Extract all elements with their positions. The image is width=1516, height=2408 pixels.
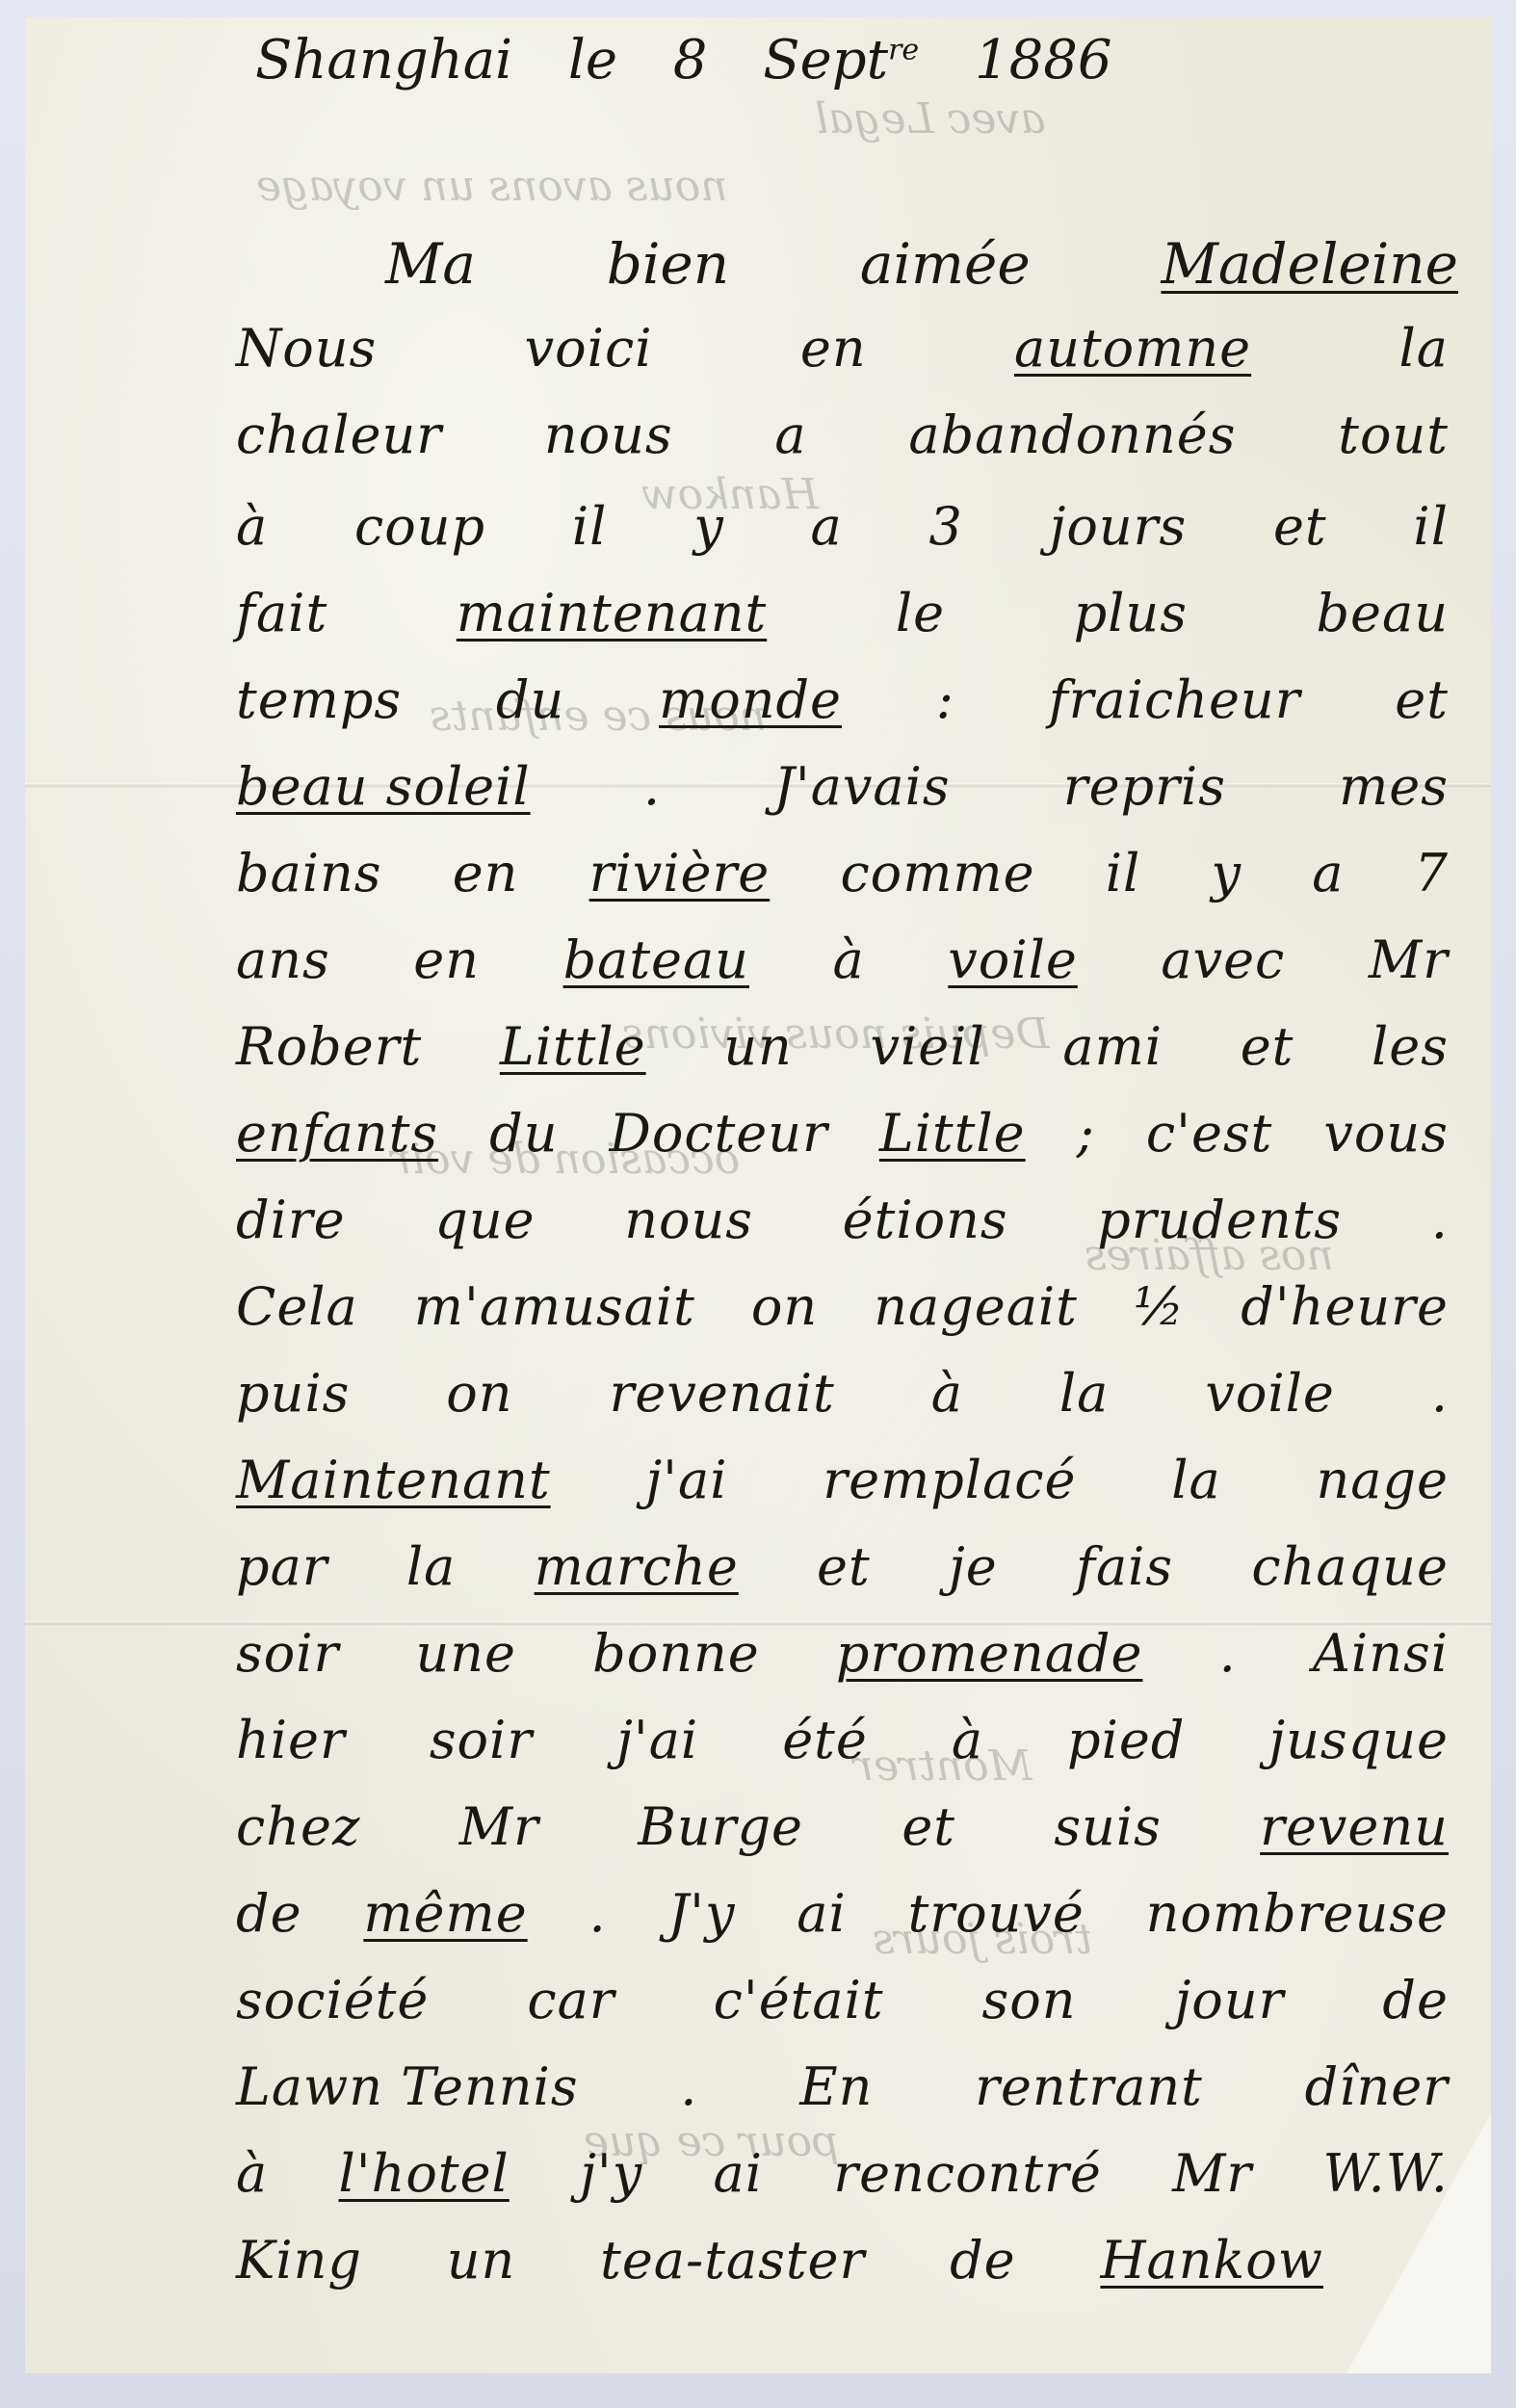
- letter-line: àcoupilya3joursetil: [236, 496, 1449, 557]
- month: Septre: [763, 29, 919, 92]
- article: le: [568, 29, 617, 92]
- letter-word: Sept: [763, 29, 888, 92]
- letter-word: Docteur: [610, 1103, 828, 1164]
- letter-word: nous: [544, 405, 673, 465]
- letter-word: Lawn Tennis: [236, 2056, 579, 2117]
- letter-word: en: [413, 929, 480, 990]
- letter-word: et: [1241, 1016, 1294, 1077]
- letter-word: puis: [236, 1363, 350, 1424]
- letter-word: Mr: [1172, 2143, 1252, 2204]
- letter-word: comme: [840, 843, 1034, 903]
- letter-word: abandonnés: [908, 405, 1236, 465]
- letter-word: 7: [1415, 843, 1449, 903]
- letter-word: temps: [236, 669, 402, 730]
- letter-word: re: [888, 33, 919, 66]
- letter-word: fraicheur: [1049, 669, 1301, 730]
- letter-word: avec: [1161, 929, 1285, 990]
- letter-word: Robert: [236, 1016, 422, 1077]
- letter-line: enfantsduDocteurLittle;c'estvous: [236, 1103, 1449, 1164]
- letter-word: de: [1382, 1970, 1449, 2030]
- day: 8: [673, 29, 708, 92]
- letter-line: chaleurnousaabandonnéstout: [236, 405, 1449, 465]
- letter-word: la: [1171, 1450, 1220, 1510]
- letter-word: 3: [928, 496, 962, 557]
- letter-word: son: [982, 1970, 1077, 2030]
- letter-heading: Shanghai le 8 Septre 1886: [255, 29, 1112, 92]
- letter-word: enfants: [236, 1103, 438, 1164]
- letter-word: chez: [236, 1796, 360, 1857]
- letter-word: hier: [236, 1710, 346, 1770]
- letter-word: en: [453, 843, 519, 903]
- letter-word: coup: [354, 496, 485, 557]
- letter-word: étions: [843, 1190, 1008, 1250]
- letter-word: m'amusait: [414, 1276, 695, 1337]
- letter-word: Mr: [459, 1796, 539, 1857]
- letter-word: fais: [1076, 1536, 1173, 1597]
- letter-word: on: [446, 1363, 512, 1424]
- letter-word: à: [952, 1710, 983, 1770]
- letter-word: y: [1211, 843, 1242, 903]
- letter-word: dîner: [1305, 2056, 1449, 2117]
- letter-word: fait: [236, 583, 327, 643]
- letter-word: bateau: [563, 929, 749, 990]
- letter-line: bainsenrivièrecommeilya7: [236, 843, 1449, 903]
- letter-line: beau soleil.J'avaisreprismes: [236, 756, 1449, 817]
- letter-word: un: [723, 1016, 793, 1077]
- letter-line: RobertLittleunvieilamietles: [236, 1016, 1449, 1077]
- letter-word: chaleur: [236, 405, 442, 465]
- letter-word: W.W.: [1322, 2143, 1448, 2204]
- letter-word: vous: [1323, 1103, 1449, 1164]
- letter-word: et: [902, 1796, 955, 1857]
- letter-word: du: [489, 1103, 558, 1164]
- letter-word: à: [236, 496, 268, 557]
- letter-word: a: [1312, 843, 1344, 903]
- letter-word: Ma: [385, 231, 476, 297]
- letter-word: la: [1399, 318, 1449, 379]
- letter-word: on: [751, 1276, 818, 1337]
- letter-word: rivière: [589, 843, 771, 903]
- letter-word: rentrant: [975, 2056, 1203, 2117]
- letter-word: .: [1431, 1190, 1449, 1250]
- letter-word: il: [1413, 496, 1449, 557]
- letter-word: ½: [1134, 1276, 1185, 1337]
- letter-line: soirunebonnepromenade.Ainsi: [236, 1623, 1449, 1684]
- letter-line: demême.J'yaitrouvénombreuse: [236, 1883, 1449, 1944]
- letter-word: soir: [430, 1710, 533, 1770]
- letter-word: :: [936, 669, 954, 730]
- letter-line: Nousvoicienautomnela: [236, 318, 1449, 379]
- letter-word: trouvé: [908, 1883, 1085, 1944]
- letter-word: J'y: [667, 1883, 735, 1944]
- letter-word: dire: [236, 1190, 346, 1250]
- place: Shanghai: [255, 29, 512, 92]
- letter-word: société: [236, 1970, 429, 2030]
- letter-line: tempsdumonde:fraicheuret: [236, 669, 1449, 730]
- letter-word: bien: [607, 231, 729, 297]
- letter-word: j'y: [580, 2143, 642, 2204]
- letter-line: puisonrevenaitàlavoile.: [236, 1363, 1449, 1424]
- year: 1886: [975, 29, 1112, 92]
- letter-word: nageait: [874, 1276, 1078, 1337]
- letter-word: jour: [1175, 1970, 1285, 2030]
- letter-word: et: [1273, 496, 1327, 557]
- letter-word: Little: [879, 1103, 1026, 1164]
- letter-word: bains: [236, 843, 382, 903]
- letter-word: ai: [797, 1883, 846, 1944]
- letter-word: beau soleil: [236, 756, 531, 817]
- letter-line: hiersoirj'aiétéàpiedjusque: [236, 1710, 1449, 1770]
- letter-word: nage: [1316, 1450, 1449, 1510]
- letter-word: été: [782, 1710, 868, 1770]
- letter-word: Madeleine: [1161, 231, 1458, 297]
- letter-word: monde: [659, 669, 842, 730]
- letter-word: tea-taster: [600, 2230, 865, 2290]
- letter-word: Hankow: [1100, 2230, 1323, 2290]
- letter-word: du: [496, 669, 564, 730]
- letter-word: suis: [1054, 1796, 1161, 1857]
- letter-word: y: [693, 496, 724, 557]
- letter-word: en: [800, 318, 867, 379]
- letter-word: .: [643, 756, 661, 817]
- letter-line: faitmaintenantleplusbeau: [236, 583, 1449, 643]
- letter-word: tout: [1338, 405, 1449, 465]
- letter-word: jours: [1050, 496, 1188, 557]
- letter-word: c'est: [1146, 1103, 1272, 1164]
- letter-line: parlamarcheetjefaischaque: [236, 1536, 1449, 1597]
- letter-word: de: [950, 2230, 1016, 2290]
- letter-word: par: [236, 1536, 328, 1597]
- letter-word: rencontré: [833, 2143, 1102, 2204]
- letter-word: à: [236, 2143, 268, 2204]
- letter-word: les: [1372, 1016, 1449, 1077]
- letter-word: a: [774, 405, 806, 465]
- letter-word: soir: [236, 1623, 339, 1684]
- letter-word: King: [236, 2230, 362, 2290]
- letter-word: bonne: [592, 1623, 760, 1684]
- letter-word: remplacé: [823, 1450, 1076, 1510]
- letter-word: .: [1431, 1363, 1449, 1424]
- letter-word: mes: [1339, 756, 1449, 817]
- letter-word: revenait: [610, 1363, 835, 1424]
- letter-content: Shanghai le 8 Septre 1886 Ma bien aimée …: [0, 0, 1516, 2408]
- letter-word: un: [447, 2230, 516, 2290]
- letter-word: prudents: [1097, 1190, 1342, 1250]
- letter-word: jusque: [1268, 1710, 1449, 1770]
- letter-word: voile: [948, 929, 1078, 990]
- letter-word: .: [680, 2056, 697, 2117]
- letter-word: car: [527, 1970, 614, 2030]
- letter-word: j'ai: [645, 1450, 727, 1510]
- letter-word: et: [817, 1536, 871, 1597]
- letter-word: .: [1219, 1623, 1237, 1684]
- letter-word: j'ai: [616, 1710, 698, 1770]
- letter-word: .: [588, 1883, 606, 1944]
- letter-word: une: [415, 1623, 516, 1684]
- letter-word: automne: [1014, 318, 1251, 379]
- letter-word: il: [572, 496, 608, 557]
- letter-word: pied: [1067, 1710, 1185, 1770]
- letter-word: le: [896, 583, 945, 643]
- letter-word: vieil: [870, 1016, 984, 1077]
- salutation: Ma bien aimée Madeleine: [385, 231, 1458, 297]
- letter-word: aimée: [860, 231, 1031, 297]
- letter-word: nous: [624, 1190, 753, 1250]
- letter-word: J'avais: [773, 756, 950, 817]
- letter-word: Little: [500, 1016, 646, 1077]
- letter-word: d'heure: [1241, 1276, 1449, 1337]
- letter-word: la: [406, 1536, 456, 1597]
- letter-word: repris: [1063, 756, 1226, 817]
- letter-word: c'était: [714, 1970, 884, 2030]
- letter-word: ami: [1062, 1016, 1163, 1077]
- letter-word: nombreuse: [1146, 1883, 1449, 1944]
- letter-line: Maintenantj'airemplacélanage: [236, 1450, 1449, 1510]
- letter-word: maintenant: [457, 583, 768, 643]
- letter-line: àl'hotelj'yairencontréMrW.W.: [236, 2143, 1449, 2204]
- letter-line: sociétécarc'étaitsonjourde: [236, 1970, 1449, 2030]
- letter-word: a: [811, 496, 843, 557]
- letter-word: de: [236, 1883, 302, 1944]
- letter-word: Mr: [1369, 929, 1449, 990]
- letter-word: voile: [1205, 1363, 1335, 1424]
- letter-word: Maintenant: [236, 1450, 551, 1510]
- letter-line: direquenousétionsprudents.: [236, 1190, 1449, 1250]
- letter-line: Kinguntea-tasterdeHankow: [236, 2230, 1323, 2290]
- letter-word: même: [363, 1883, 527, 1944]
- letter-word: plus: [1074, 583, 1188, 643]
- letter-word: Cela: [236, 1276, 358, 1337]
- letter-line: Lawn Tennis.Enrentrantdîner: [236, 2056, 1449, 2117]
- letter-word: Ainsi: [1313, 1623, 1449, 1684]
- letter-word: et: [1395, 669, 1449, 730]
- letter-word: ai: [714, 2143, 763, 2204]
- letter-word: la: [1059, 1363, 1109, 1424]
- letter-word: chaque: [1251, 1536, 1449, 1597]
- letter-word: marche: [535, 1536, 739, 1597]
- letter-line: Celam'amusaitonnageait½d'heure: [236, 1276, 1449, 1337]
- letter-word: ;: [1077, 1103, 1095, 1164]
- letter-word: que: [434, 1190, 535, 1250]
- letter-word: Burge: [638, 1796, 803, 1857]
- letter-word: à: [931, 1363, 963, 1424]
- letter-word: l'hotel: [338, 2143, 509, 2204]
- letter-word: beau: [1316, 583, 1449, 643]
- letter-line: chezMrBurgeetsuisrevenu: [236, 1796, 1449, 1857]
- letter-word: il: [1106, 843, 1141, 903]
- letter-word: voici: [525, 318, 653, 379]
- letter-word: à: [833, 929, 865, 990]
- letter-word: ans: [236, 929, 330, 990]
- letter-word: je: [949, 1536, 998, 1597]
- letter-word: En: [799, 2056, 873, 2117]
- letter-line: ansenbateauàvoileavecMr: [236, 929, 1449, 990]
- letter-word: Nous: [236, 318, 377, 379]
- letter-word: promenade: [836, 1623, 1143, 1684]
- letter-word: revenu: [1260, 1796, 1449, 1857]
